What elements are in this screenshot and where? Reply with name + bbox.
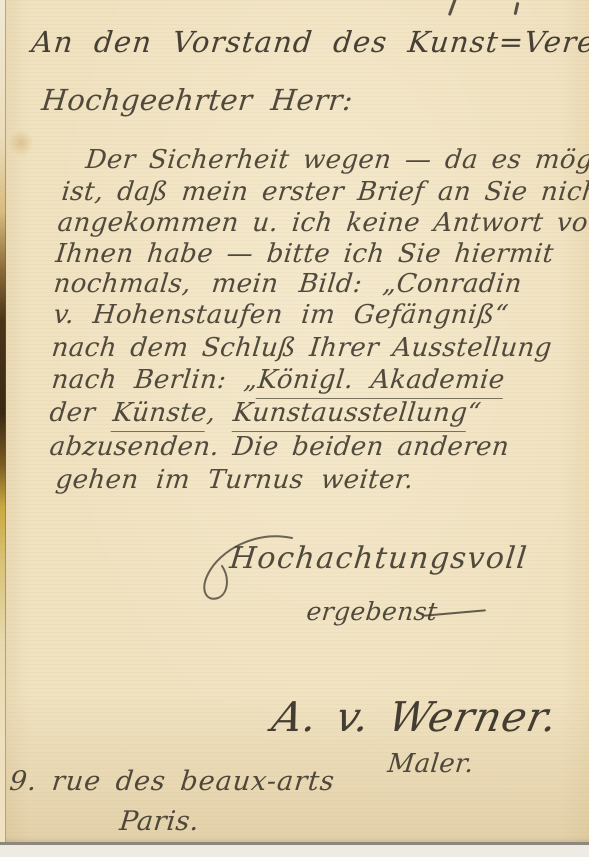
pen-stroke (448, 0, 457, 16)
body-text: Ihnen habe — bitte ich Sie hiermit (54, 239, 555, 269)
letter-paper: An den Vorstand des Kunst=Vereins Hochge… (0, 0, 589, 845)
body-line: abzusenden. Die beiden anderen (48, 433, 511, 463)
pen-stroke (514, 2, 519, 15)
body-text: Der Sicherheit wegen — da es möglich (84, 145, 589, 175)
body-line: Der Sicherheit wegen — da es möglich (84, 146, 589, 176)
body-text: nochmals, mein Bild: „Conradin (52, 269, 523, 299)
body-text: v. Hohenstaufen im Gefängniß“ (52, 300, 510, 330)
body-line: nach Berlin: „Königl. Akademie (50, 366, 506, 396)
underlined-text: Künste (111, 398, 208, 432)
body-text: nach dem Schluß Ihrer Ausstellung (50, 333, 553, 363)
body-text: nach Berlin: „ (50, 365, 259, 395)
body-line: Ihnen habe — bitte ich Sie hiermit (54, 240, 555, 270)
underlined-text: Kunstausstellung (231, 398, 469, 432)
underlined-text: Königl. Akademie (256, 365, 506, 399)
body-line: gehen im Turnus weiter. (54, 466, 415, 496)
body-line: angekommen u. ich keine Antwort von (56, 209, 589, 239)
address-line: Paris. (118, 806, 201, 837)
body-text: der (48, 398, 114, 428)
backing-strip (0, 842, 589, 857)
signature-title: Maler. (386, 750, 475, 780)
body-text: abzusenden. Die beiden anderen (48, 432, 511, 462)
page-edge-left (0, 0, 6, 845)
recipient-line: An den Vorstand des Kunst=Vereins (30, 26, 589, 59)
closing-line: ergebenst (305, 598, 439, 627)
letter-photograph: An den Vorstand des Kunst=Vereins Hochge… (0, 0, 589, 857)
body-text: , (205, 398, 234, 428)
address-line: 9. rue des beaux-arts (8, 766, 337, 797)
body-text: ist, daß mein erster Brief an Sie nicht (60, 177, 589, 207)
salutation-line: Hochgeehrter Herr: (40, 84, 355, 117)
body-text: “ (466, 398, 483, 428)
body-text: gehen im Turnus weiter. (54, 465, 415, 495)
body-line: nochmals, mein Bild: „Conradin (52, 270, 523, 300)
paper-stain (9, 129, 33, 157)
body-line: ist, daß mein erster Brief an Sie nicht (60, 178, 589, 208)
body-line: nach dem Schluß Ihrer Ausstellung (50, 334, 553, 364)
body-line: der Künste, Kunstausstellung“ (48, 399, 483, 429)
body-text: angekommen u. ich keine Antwort von (56, 208, 589, 238)
body-line: v. Hohenstaufen im Gefängniß“ (52, 301, 510, 331)
closing-line: Hochachtungsvoll (228, 542, 529, 577)
signature: A. v. Werner. (268, 694, 563, 741)
